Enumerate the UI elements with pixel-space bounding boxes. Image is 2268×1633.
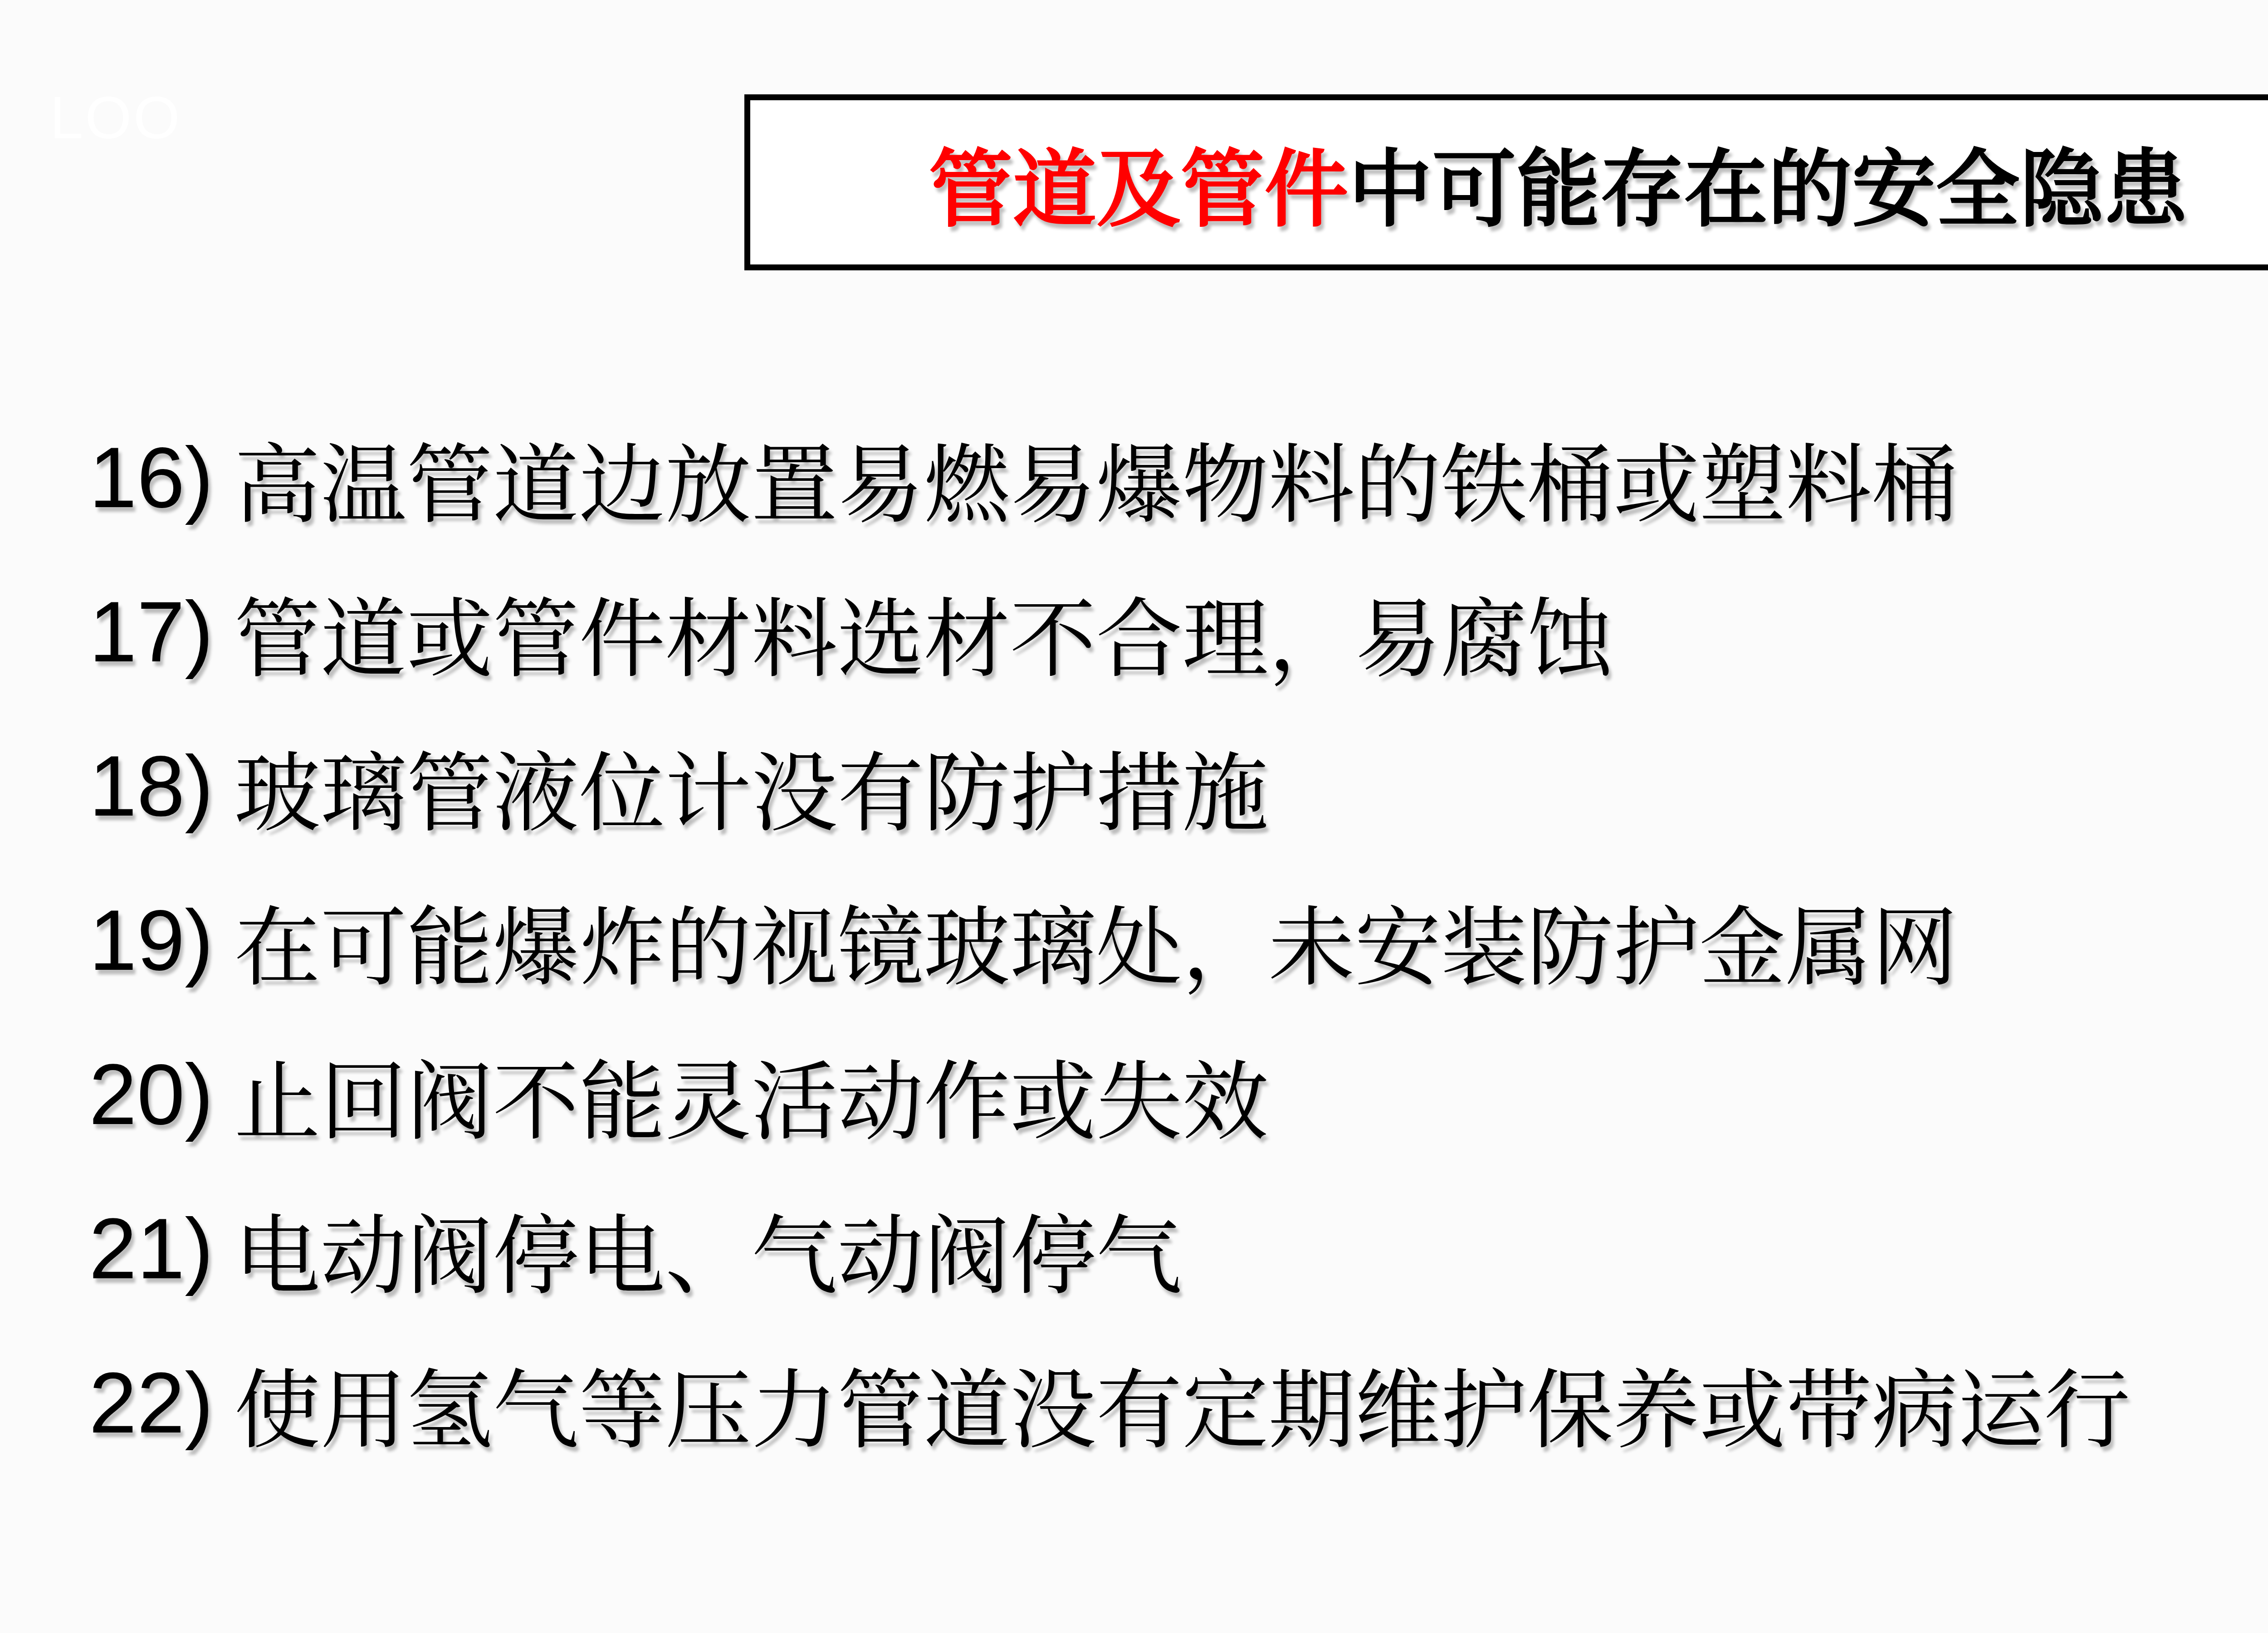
list-item: 18) 玻璃管液位计没有防护措施 — [89, 709, 2268, 863]
list-item: 21) 电动阀停电、气动阀停气 — [89, 1172, 2268, 1326]
item-text: 高温管道边放置易燃易爆物料的铁桶或塑料桶 — [234, 416, 1958, 540]
item-number: 21) — [89, 1199, 214, 1298]
list-item: 20) 止回阀不能灵活动作或失效 — [89, 1017, 2268, 1172]
list-item: 17) 管道或管件材料选材不合理，易腐蚀 — [89, 555, 2268, 709]
item-number: 16) — [89, 428, 214, 527]
item-text: 在可能爆炸的视镜玻璃处，未安装防护金属网 — [234, 879, 1958, 1002]
item-number: 18) — [89, 737, 214, 836]
title-box: 管道及管件中可能存在的安全隐患 — [744, 94, 2268, 270]
list-item: 22) 使用氢气等压力管道没有定期维护保养或带病运行 — [89, 1326, 2268, 1480]
list-item: 19) 在可能爆炸的视镜玻璃处，未安装防护金属网 — [89, 863, 2268, 1017]
item-text: 使用氢气等压力管道没有定期维护保养或带病运行 — [234, 1341, 2130, 1465]
title-highlight: 管道及管件 — [929, 122, 1349, 243]
item-number: 20) — [89, 1045, 214, 1144]
item-number: 22) — [89, 1354, 214, 1452]
item-number: 17) — [89, 582, 214, 681]
item-text: 电动阀停电、气动阀停气 — [234, 1187, 1182, 1311]
item-text: 止回阀不能灵活动作或失效 — [234, 1033, 1268, 1157]
item-text: 玻璃管液位计没有防护措施 — [234, 724, 1268, 848]
item-number: 19) — [89, 891, 214, 990]
list-item: 16) 高温管道边放置易燃易爆物料的铁桶或塑料桶 — [89, 401, 2268, 555]
item-text: 管道或管件材料选材不合理，易腐蚀 — [234, 570, 1613, 694]
title-text: 中可能存在的安全隐患 — [1349, 122, 2188, 243]
slide: LOO 管道及管件中可能存在的安全隐患 16) 高温管道边放置易燃易爆物料的铁桶… — [0, 0, 2268, 1633]
logo-text: LOO — [50, 91, 182, 145]
hazard-list: 16) 高温管道边放置易燃易爆物料的铁桶或塑料桶 17) 管道或管件材料选材不合… — [89, 401, 2268, 1480]
